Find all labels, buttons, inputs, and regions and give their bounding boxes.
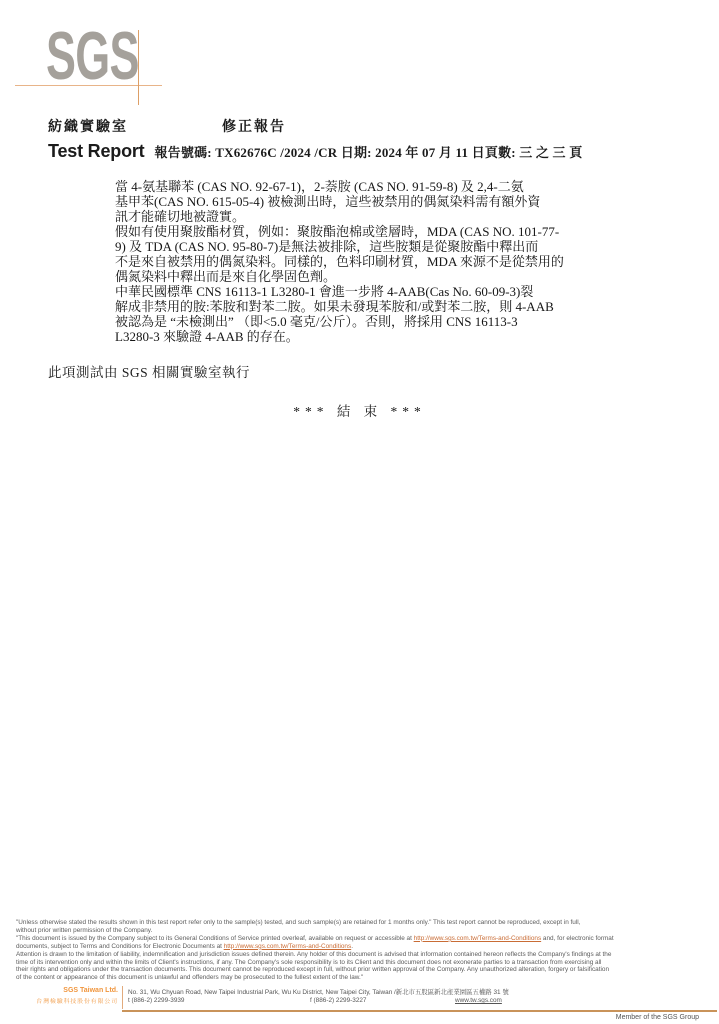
legal-line-7: their rights and obligations under the t… — [16, 966, 711, 974]
footer-company-name-en: SGS Taiwan Ltd. — [20, 987, 118, 994]
legal-line-5: Attention is drawn to the limitation of … — [16, 951, 711, 959]
footer-divider-line — [122, 986, 123, 1009]
sgs-logo: SGS — [46, 22, 139, 90]
legal-line-4-text: documents, subject to Terms and Conditio… — [16, 943, 224, 950]
legal-line-2: without prior written permission of the … — [16, 927, 711, 935]
legal-line-1: "Unless otherwise stated the results sho… — [16, 919, 711, 927]
footer-website-link[interactable]: www.tw.sgs.com — [455, 997, 502, 1004]
report-header-row: Test Report 報告號碼: TX62676C /2024 /CR 日期:… — [48, 141, 688, 162]
report-number-line: 報告號碼: TX62676C /2024 /CR 日期: 2024 年 07 月… — [154, 142, 582, 161]
lab-title: 紡織實驗室 — [48, 116, 128, 136]
report-body: 當 4-氨基聯苯 (CAS NO. 92-67-1)，2-萘胺 (CAS NO.… — [115, 179, 640, 344]
report-heading: Test Report — [48, 141, 144, 162]
footer-rule-line — [122, 1010, 717, 1012]
body-paragraph-3: 中華民國標準 CNS 16113-1 L3280-1 會進一步將 4-AAB(C… — [115, 284, 640, 344]
footer-address: No. 31, Wu Chyuan Road, New Taipei Indus… — [128, 987, 688, 996]
electronic-terms-link[interactable]: http://www.sgs.com.tw/Terms-and-Conditio… — [224, 943, 352, 950]
performed-by-note: 此項測試由 SGS 相關實驗室執行 — [48, 361, 250, 381]
legal-line-6: time of its intervention only and within… — [16, 959, 711, 967]
legal-line-3: "This document is issued by the Company … — [16, 935, 711, 943]
footer-company-name-zh: 台灣檢驗科技股份有限公司 — [20, 996, 118, 1005]
legal-line-4: documents, subject to Terms and Conditio… — [16, 943, 711, 951]
legal-line-3-tail: and, for electronic format — [541, 935, 613, 942]
legal-disclaimer: "Unless otherwise stated the results sho… — [16, 919, 711, 982]
body-paragraph-1: 當 4-氨基聯苯 (CAS NO. 92-67-1)，2-萘胺 (CAS NO.… — [115, 179, 640, 224]
amended-report-title: 修正報告 — [222, 116, 286, 136]
footer-telephone: t (886-2) 2299-3939 — [128, 997, 185, 1004]
legal-line-3-text: "This document is issued by the Company … — [16, 935, 414, 942]
legal-line-4-tail: . — [351, 943, 353, 950]
legal-line-8: of the content or appearance of this doc… — [16, 974, 711, 982]
terms-and-conditions-link[interactable]: http://www.sgs.com.tw/Terms-and-Conditio… — [414, 935, 542, 942]
body-paragraph-2: 假如有使用聚胺酯材質，例如：聚胺酯泡棉或塗層時，MDA (CAS NO. 101… — [115, 224, 640, 284]
end-of-report-marker: *** 結 束 *** — [0, 400, 719, 420]
footer-fax: f (886-2) 2299-3227 — [310, 997, 367, 1004]
member-of-sgs-group-note: Member of the SGS Group — [616, 1014, 699, 1021]
